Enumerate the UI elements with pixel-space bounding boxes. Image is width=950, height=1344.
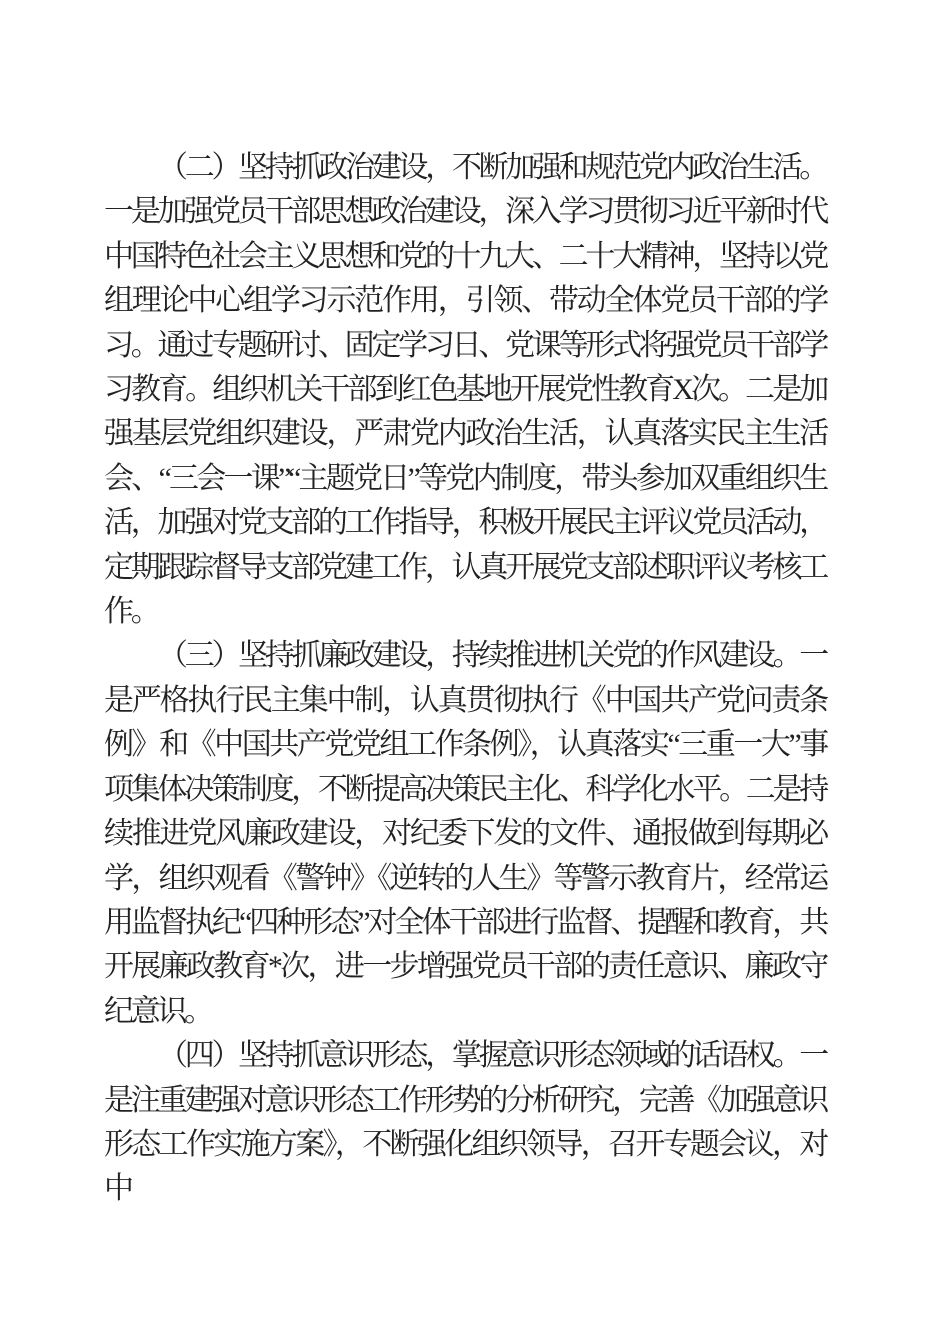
paragraph-section-4: （四）坚持抓意识形态，掌握意识形态领域的话语权。一是注重建强对意识形态工作形势的…: [104, 1034, 826, 1212]
document-page: （二）坚持抓政治建设，不断加强和规范党内政治生活。一是加强党员干部思想政治建设，…: [0, 0, 950, 1344]
paragraph-section-2: （二）坚持抓政治建设，不断加强和规范党内政治生活。一是加强党员干部思想政治建设，…: [104, 146, 826, 634]
document-body: （二）坚持抓政治建设，不断加强和规范党内政治生活。一是加强党员干部思想政治建设，…: [104, 146, 826, 1212]
paragraph-section-3: （三）坚持抓廉政建设，持续推进机关党的作风建设。一是严格执行民主集中制，认真贯彻…: [104, 634, 826, 1034]
